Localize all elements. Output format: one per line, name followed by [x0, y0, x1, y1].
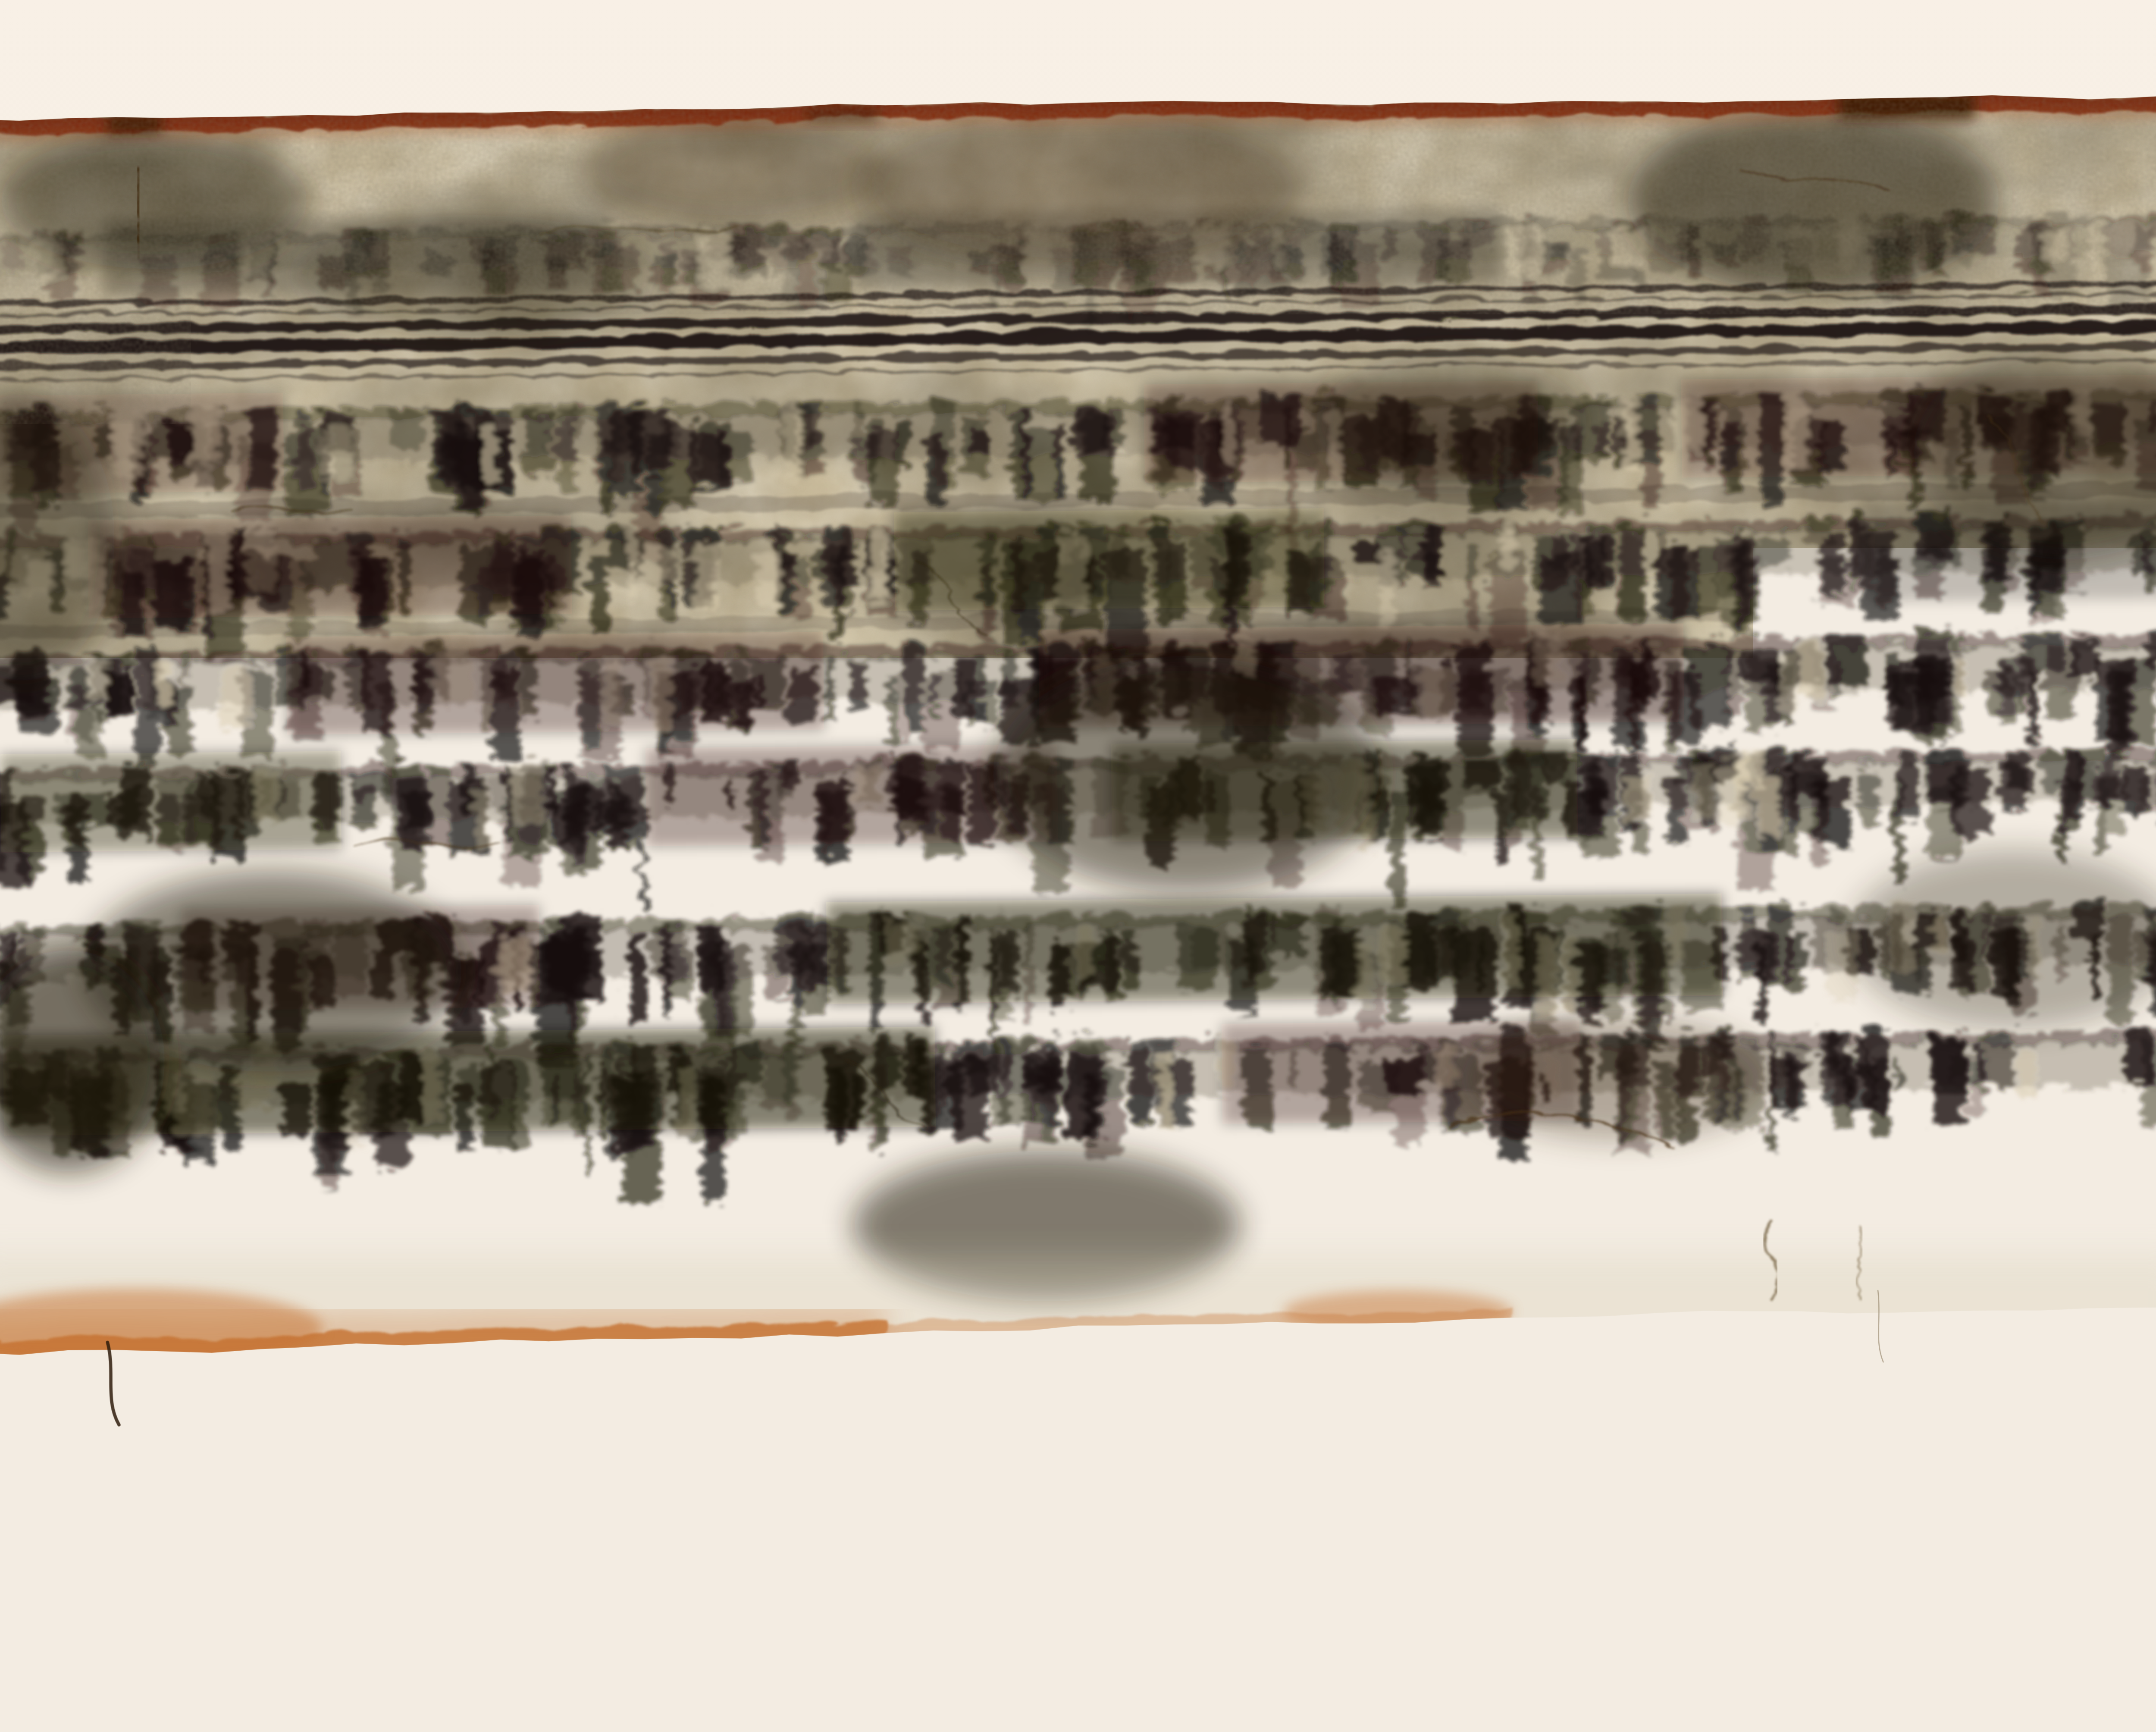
paper-grain-texture: [0, 72, 2156, 1434]
manuscript-leaf: [0, 72, 2156, 1434]
photo-backdrop: [0, 0, 2156, 1440]
manuscript-leaf-photo: [0, 0, 2156, 1440]
